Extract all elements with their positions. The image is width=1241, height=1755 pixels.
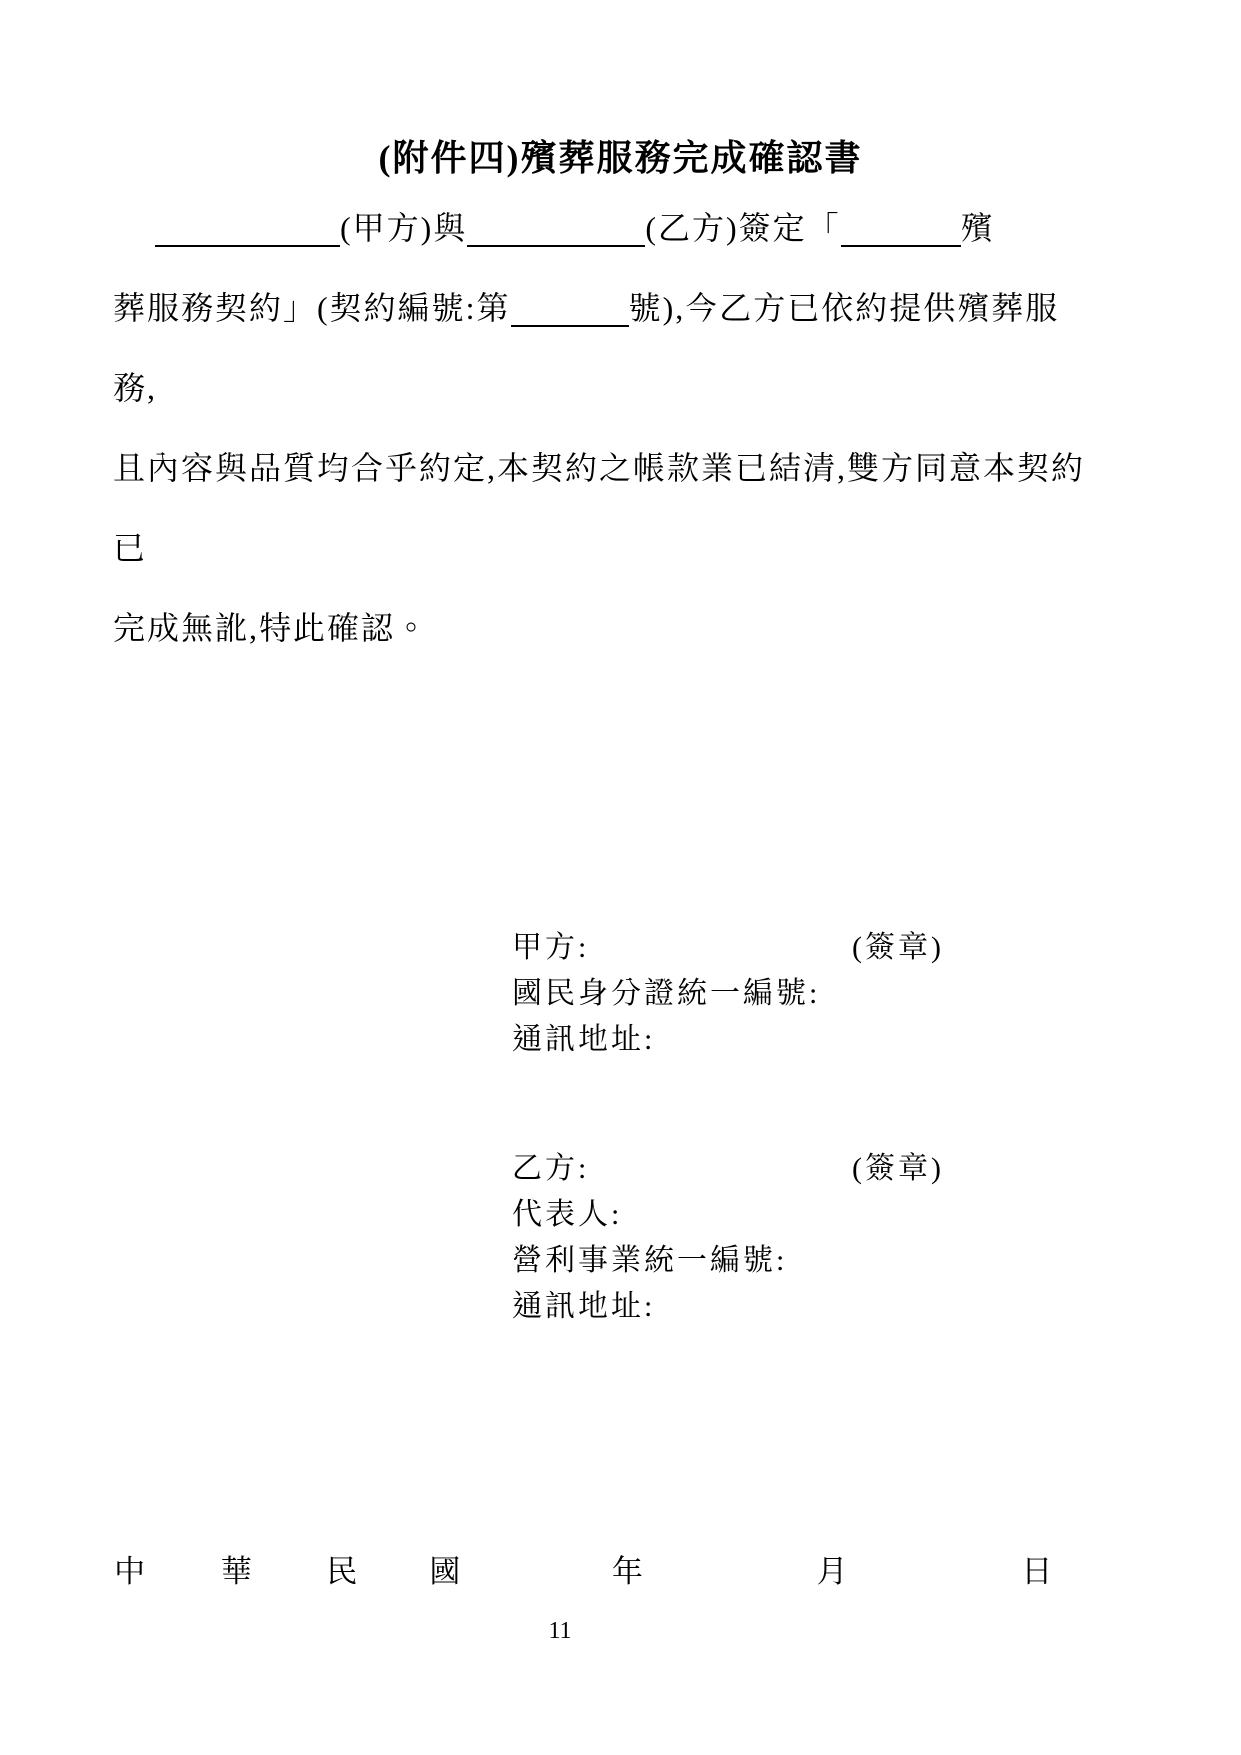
roc-date-line: 中華民國年月日 xyxy=(0,1550,1241,1594)
roc-date-char: 年 xyxy=(612,1550,643,1594)
fill-in-blank-underline xyxy=(841,211,961,247)
body-text: 號),今乙方已依約提供殯葬服 xyxy=(629,290,1060,326)
roc-date-char: 中 xyxy=(114,1550,145,1594)
body-line: 完成無訛,特此確認。 xyxy=(113,588,1128,668)
party-b-signature-block: 乙方: (簽章) 代表人: 營利事業統一編號: 通訊地址: xyxy=(512,1146,1132,1330)
party-a-seal-label: (簽章) xyxy=(852,925,944,971)
party-a-national-id-label: 國民身分證統一編號: xyxy=(512,971,1132,1017)
party-a-row: 甲方: (簽章) xyxy=(512,925,1132,971)
party-b-row: 乙方: (簽章) xyxy=(512,1146,1132,1192)
party-a-address-label: 通訊地址: xyxy=(512,1017,1132,1063)
body-text: 且內容與品質均合乎約定,本契約之帳款業已結清,雙方同意本契約 xyxy=(113,450,1085,486)
party-b-seal-label: (簽章) xyxy=(852,1146,944,1192)
fill-in-blank-underline xyxy=(155,211,340,247)
body-text: 完成無訛,特此確認。 xyxy=(113,610,429,646)
party-b-label: 乙方: xyxy=(512,1152,589,1185)
body-text: (甲方)與 xyxy=(340,210,467,246)
fill-in-blank-underline xyxy=(511,291,629,327)
roc-date-char: 民 xyxy=(326,1550,357,1594)
contract-body: (甲方)與(乙方)簽定「殯葬服務契約」(契約編號:第號),今乙方已依約提供殯葬服… xyxy=(113,188,1128,668)
page-number: 11 xyxy=(0,1614,1120,1648)
page-title: (附件四)殯葬服務完成確認書 xyxy=(0,130,1241,181)
body-text: 葬服務契約」(契約編號:第 xyxy=(113,290,511,326)
party-a-label: 甲方: xyxy=(512,931,589,964)
body-text: (乙方)簽定「 xyxy=(645,210,840,246)
document-page: (附件四)殯葬服務完成確認書 (甲方)與(乙方)簽定「殯葬服務契約」(契約編號:… xyxy=(0,0,1241,1755)
body-line: 務, xyxy=(113,348,1128,428)
body-line: (甲方)與(乙方)簽定「殯 xyxy=(113,188,1128,268)
roc-date-char: 日 xyxy=(1021,1550,1052,1594)
body-text: 已 xyxy=(113,530,147,566)
party-b-address-label: 通訊地址: xyxy=(512,1284,1132,1330)
body-line: 已 xyxy=(113,508,1128,588)
roc-date-char: 國 xyxy=(429,1550,460,1594)
body-line: 且內容與品質均合乎約定,本契約之帳款業已結清,雙方同意本契約 xyxy=(113,428,1128,508)
party-b-representative-label: 代表人: xyxy=(512,1192,1132,1238)
body-line: 葬服務契約」(契約編號:第號),今乙方已依約提供殯葬服 xyxy=(113,268,1128,348)
body-text: 務, xyxy=(113,370,157,406)
body-text: 殯 xyxy=(961,210,995,246)
party-a-signature-block: 甲方: (簽章) 國民身分證統一編號: 通訊地址: xyxy=(512,925,1132,1063)
roc-date-char: 月 xyxy=(817,1550,848,1594)
roc-date-char: 華 xyxy=(221,1550,252,1594)
fill-in-blank-underline xyxy=(467,211,645,247)
party-b-business-id-label: 營利事業統一編號: xyxy=(512,1238,1132,1284)
